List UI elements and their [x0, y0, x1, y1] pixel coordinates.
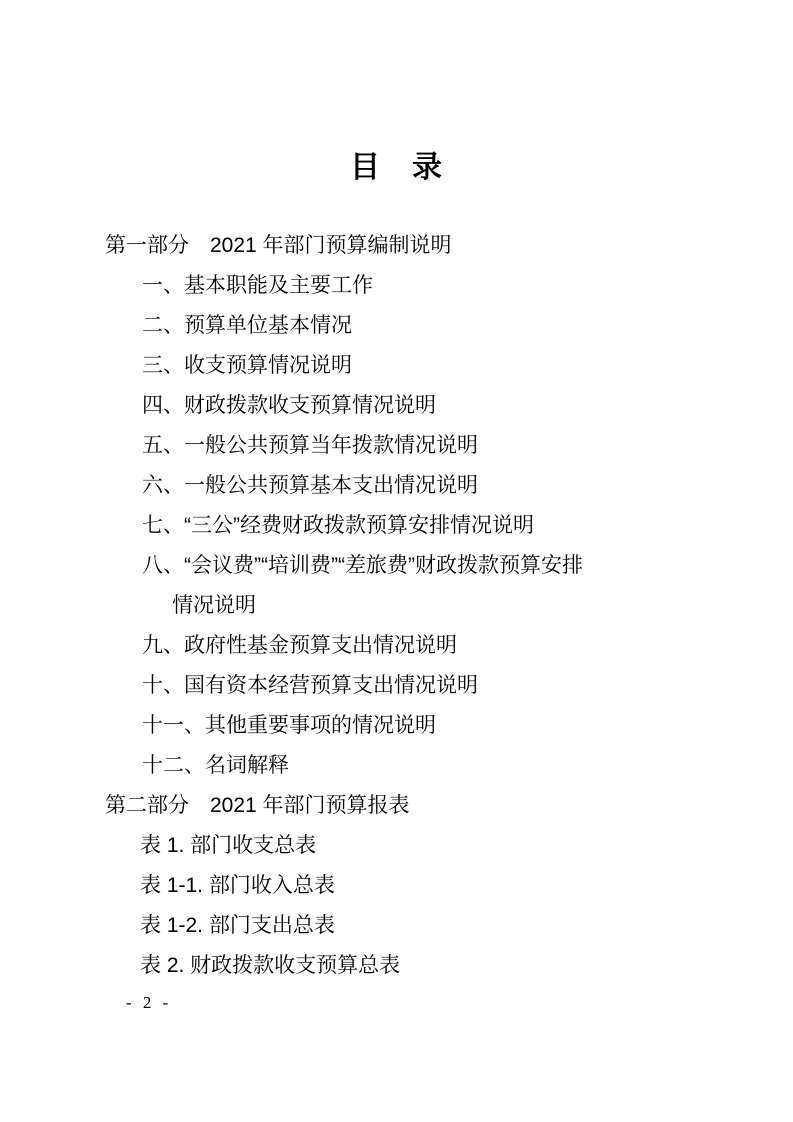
toc-entry-table: 表 1. 部门收支总表: [0, 826, 793, 866]
toc-entry: 六、一般公共预算基本支出情况说明: [0, 466, 793, 506]
toc-entry-table: 表 1-1. 部门收入总表: [0, 866, 793, 906]
toc-entry-table: 表 2. 财政拨款收支预算总表: [0, 946, 793, 986]
toc-entry-table: 表 1-2. 部门支出总表: [0, 906, 793, 946]
toc-entry: 四、财政拨款收支预算情况说明: [0, 386, 793, 426]
toc-entry: 五、一般公共预算当年拨款情况说明: [0, 426, 793, 466]
toc-part-heading: 第二部分 2021 年部门预算报表: [0, 786, 793, 826]
toc-entry: 十一、其他重要事项的情况说明: [0, 706, 793, 746]
toc-entry-continuation: 情况说明: [0, 586, 793, 626]
toc-entry: 七、“三公”经费财政拨款预算安排情况说明: [0, 506, 793, 546]
page-title: 目 录: [0, 142, 793, 186]
toc-part-heading: 第一部分 2021 年部门预算编制说明: [0, 226, 793, 266]
table-of-contents: 第一部分 2021 年部门预算编制说明 一、基本职能及主要工作 二、预算单位基本…: [0, 226, 793, 986]
toc-entry: 八、“会议费”“培训费”“差旅费”财政拨款预算安排: [0, 546, 793, 586]
toc-entry: 三、收支预算情况说明: [0, 346, 793, 386]
toc-entry: 九、政府性基金预算支出情况说明: [0, 626, 793, 666]
page-number: - 2 -: [126, 993, 169, 1013]
toc-entry: 二、预算单位基本情况: [0, 306, 793, 346]
toc-entry: 十、国有资本经营预算支出情况说明: [0, 666, 793, 706]
toc-entry: 一、基本职能及主要工作: [0, 266, 793, 306]
document-page: 目 录 第一部分 2021 年部门预算编制说明 一、基本职能及主要工作 二、预算…: [0, 0, 793, 1122]
toc-entry: 十二、名词解释: [0, 746, 793, 786]
